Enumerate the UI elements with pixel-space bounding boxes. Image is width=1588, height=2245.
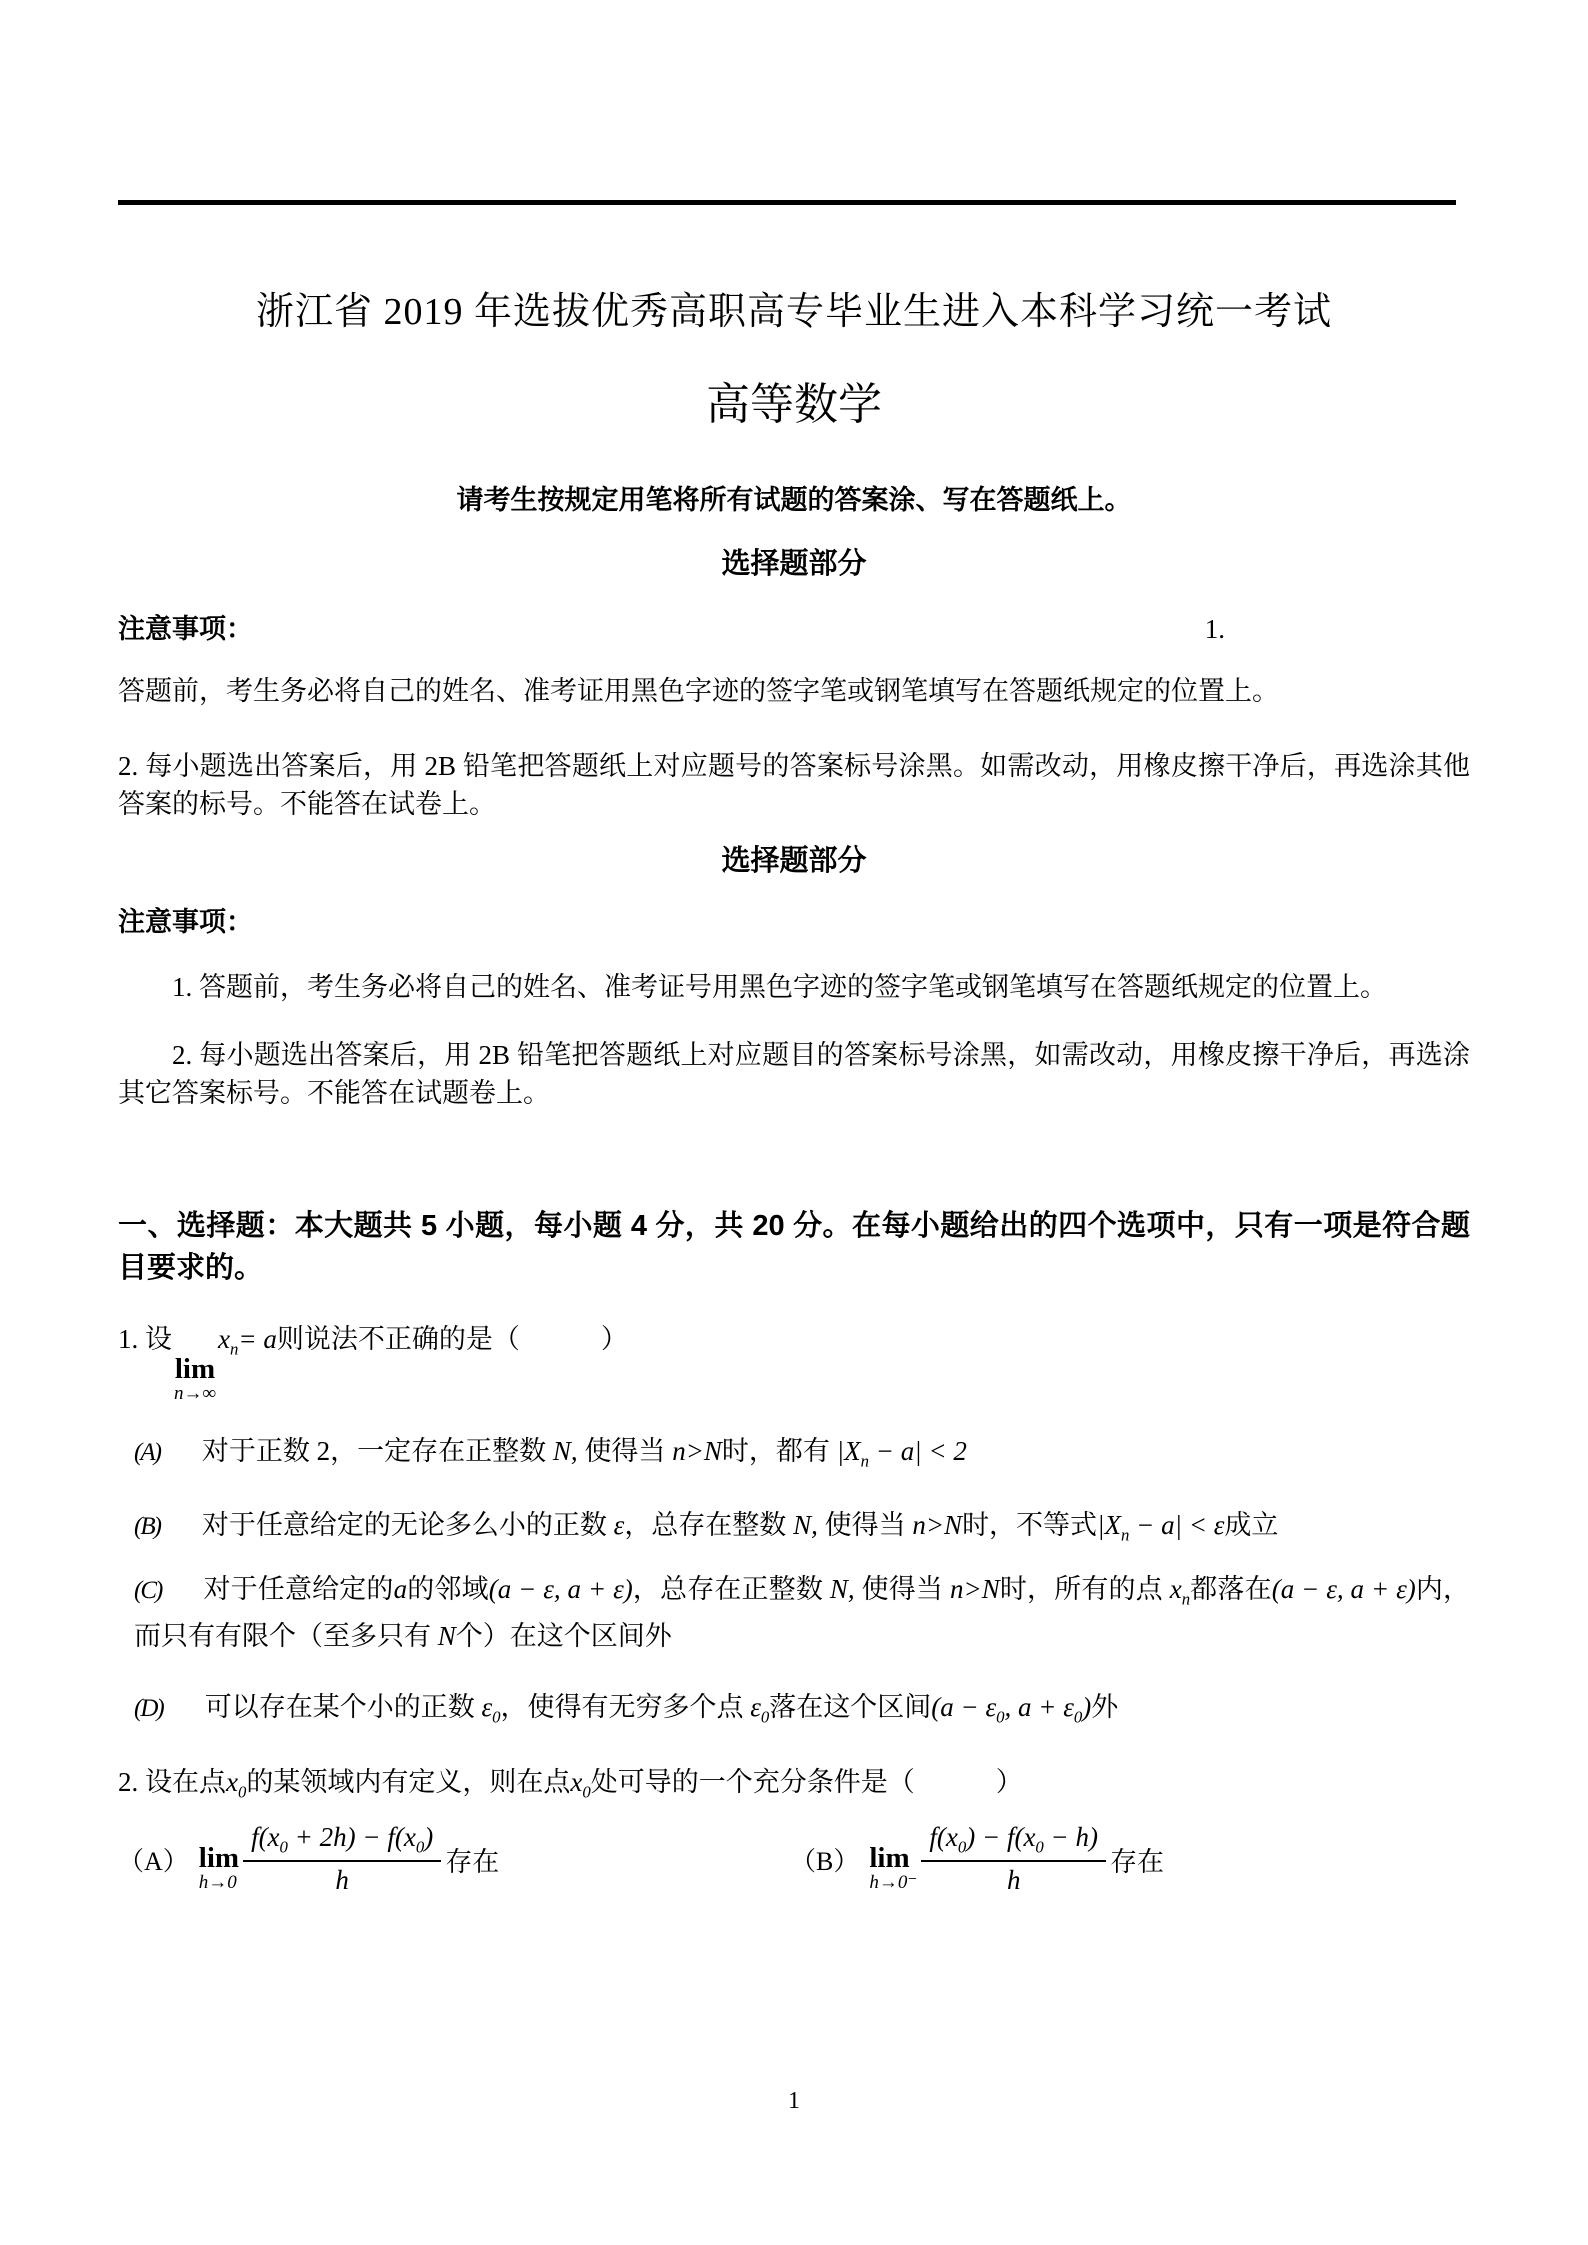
exam-title: 浙江省 2019 年选拔优秀高职高专毕业生进入本科学习统一考试 <box>118 288 1470 337</box>
abs-formula: |Xn − a| < 2 <box>837 1436 967 1466</box>
notice-heading-2: 注意事项： <box>118 904 253 942</box>
abs-formula: |Xn − a| < ε <box>1097 1510 1224 1540</box>
section-title-2: 选择题部分 <box>118 841 1470 882</box>
difference-quotient: f(x0) − f(x0 − h) h <box>921 1821 1106 1898</box>
limit-notation: limn→∞ <box>174 1354 216 1404</box>
q1-option-d: (D)可以存在某个小的正数 ε0，使得有无穷多个点 ε0落在这个区间(a − ε… <box>118 1684 1470 1732</box>
limit-notation: limh→0 <box>199 1843 239 1893</box>
q1-option-a-label: (A) <box>134 1439 160 1466</box>
notice-1-paragraph-2: 2. 每小题选出答案后，用 2B 铅笔把答题纸上对应题号的答案标号涂黑。如需改动… <box>118 747 1470 824</box>
xn-variable: xn <box>1170 1574 1190 1604</box>
limit-notation: limh→0⁻ <box>869 1843 917 1893</box>
epsilon-0: ε0 <box>481 1692 500 1722</box>
q2-option-b-label: （B） <box>790 1841 859 1878</box>
q1-variable: xn <box>218 1324 238 1354</box>
q1-suffix: 则说法不正确的是（ ） <box>277 1324 628 1354</box>
part-one-heading: 一、选择题：本大题共 5 小题，每小题 4 分，共 20 分。在每小题给出的四个… <box>118 1205 1470 1289</box>
x0-variable: x0 <box>570 1767 590 1797</box>
q2-option-a-suffix: 存在 <box>445 1840 499 1879</box>
page-content: 浙江省 2019 年选拔优秀高职高专毕业生进入本科学习统一考试 高等数学 请考生… <box>0 0 1588 1898</box>
q2-option-a-label: （A） <box>118 1841 189 1878</box>
section-title-1: 选择题部分 <box>118 544 1470 585</box>
question-2-stem: 2. 设在点x0的某领域内有定义，则在点x0处可导的一个充分条件是（ ） <box>118 1762 1470 1804</box>
instruction-line: 请考生按规定用笔将所有试题的答案涂、写在答题纸上。 <box>118 482 1470 520</box>
q1-option-c-label: (C) <box>134 1577 161 1604</box>
question-1-stem: 1. 设limn→∞xn= a则说法不正确的是（ ） <box>118 1319 1470 1404</box>
epsilon-0: ε0 <box>750 1692 769 1722</box>
notice-1-paragraph-1: 答题前，考生务必将自己的姓名、准考证用黑色字迹的签字笔或钢笔填写在答题纸规定的位… <box>118 672 1470 710</box>
q1-prefix: 1. 设 <box>118 1324 172 1354</box>
notice-2-paragraph-1: 1. 答题前，考生务必将自己的姓名、准考证号用黑色字迹的签字笔或钢笔填写在答题纸… <box>118 968 1470 1006</box>
top-rule-divider <box>118 200 1456 205</box>
notice-2-paragraph-2: 2. 每小题选出答案后，用 2B 铅笔把答题纸上对应题目的答案标号涂黑，如需改动… <box>118 1036 1470 1113</box>
q1-option-b-label: (B) <box>134 1513 160 1540</box>
q1-option-c: (C)对于任意给定的a的邻域(a − ε, a + ε)，总存在正整数 N, 使… <box>118 1566 1470 1661</box>
notice-heading-row-1: 注意事项： 1. <box>118 611 1470 649</box>
notice-heading-row-2: 注意事项： <box>118 904 1470 942</box>
q1-rhs: = a <box>238 1324 276 1354</box>
q2-option-a: （A） limh→0 f(x0 + 2h) − f(x0) h 存在 <box>118 1821 790 1898</box>
q2-option-b-suffix: 存在 <box>1110 1840 1164 1879</box>
page-number: 1 <box>0 2088 1588 2115</box>
q2-option-b: （B） limh→0⁻ f(x0) − f(x0 − h) h 存在 <box>790 1821 1462 1898</box>
notice-side-number: 1. <box>1205 611 1225 649</box>
difference-quotient: f(x0 + 2h) − f(x0) h <box>243 1821 441 1898</box>
q1-option-d-label: (D) <box>134 1695 163 1722</box>
notice-heading-1: 注意事项： <box>118 611 253 649</box>
q1-option-b: (B)对于任意给定的无论多么小的正数 ε，总存在整数 N, 使得当 n>N时，不… <box>118 1502 1470 1550</box>
interval-formula: (a − ε0, a + ε0) <box>931 1692 1091 1722</box>
exam-page: 浙江省 2019 年选拔优秀高职高专毕业生进入本科学习统一考试 高等数学 请考生… <box>0 0 1588 2245</box>
subject-title: 高等数学 <box>118 379 1470 432</box>
x0-variable: x0 <box>226 1767 246 1797</box>
q1-option-a: (A)对于正数 2，一定存在正整数 N, 使得当 n>N时，都有 |Xn − a… <box>118 1428 1470 1476</box>
question-2-options: （A） limh→0 f(x0 + 2h) − f(x0) h 存在 （B） l… <box>118 1821 1470 1898</box>
